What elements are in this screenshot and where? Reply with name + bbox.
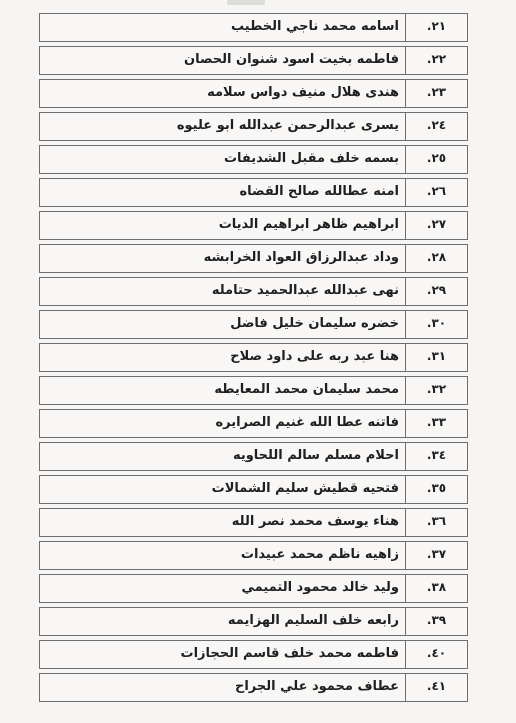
table-row: احلام مسلم سالم اللحاويه ٣٤. [39,442,468,471]
row-number: ٢٤. [405,113,467,140]
names-table: اسامه محمد ناجي الخطيب ٢١. فاطمه بخيت اس… [39,13,468,706]
row-number: ٤١. [405,674,467,701]
row-name: ابراهيم ظاهر ابراهيم الديات [40,212,405,239]
row-name: هندى هلال منيف دواس سلامه [40,80,405,107]
table-row: فاطمه محمد خلف قاسم الحجازات ٤٠. [39,640,468,669]
table-row: محمد سليمان محمد المعايطه ٣٢. [39,376,468,405]
row-number: ٢١. [405,14,467,41]
row-number: ٢٨. [405,245,467,272]
table-row: فتحيه قطيش سليم الشمالات ٣٥. [39,475,468,504]
row-name: يسرى عبدالرحمن عبدالله ابو عليوه [40,113,405,140]
row-name: بسمه خلف مقبل الشديفات [40,146,405,173]
row-name: امنه عطالله صالح القضاه [40,179,405,206]
row-number: ٢٩. [405,278,467,305]
table-row: هناء يوسف محمد نصر الله ٣٦. [39,508,468,537]
table-row: هندى هلال منيف دواس سلامه ٢٣. [39,79,468,108]
table-row: ابراهيم ظاهر ابراهيم الديات ٢٧. [39,211,468,240]
table-row: اسامه محمد ناجي الخطيب ٢١. [39,13,468,42]
table-row: رابعه خلف السليم الهزايمه ٣٩. [39,607,468,636]
row-name: رابعه خلف السليم الهزايمه [40,608,405,635]
row-number: ٣١. [405,344,467,371]
row-name: هنا عبد ربه على داود صلاح [40,344,405,371]
table-row: بسمه خلف مقبل الشديفات ٢٥. [39,145,468,174]
row-number: ٣٠. [405,311,467,338]
row-number: ٣٥. [405,476,467,503]
row-name: محمد سليمان محمد المعايطه [40,377,405,404]
row-name: فاطمه محمد خلف قاسم الحجازات [40,641,405,668]
table-row: وداد عبدالرزاق العواد الخرابشه ٢٨. [39,244,468,273]
row-number: ٤٠. [405,641,467,668]
row-name: فاطمه بخيت اسود شنوان الحصان [40,47,405,74]
row-number: ٢٥. [405,146,467,173]
row-name: وليد خالد محمود التميمي [40,575,405,602]
row-name: احلام مسلم سالم اللحاويه [40,443,405,470]
table-row: نهى عبدالله عبدالحميد حتامله ٢٩. [39,277,468,306]
row-number: ٣٨. [405,575,467,602]
table-row: وليد خالد محمود التميمي ٣٨. [39,574,468,603]
table-row: امنه عطالله صالح القضاه ٢٦. [39,178,468,207]
row-number: ٣٤. [405,443,467,470]
table-row: زاهيه ناظم محمد عبيدات ٣٧. [39,541,468,570]
scan-artifact-smudge [227,0,265,5]
row-number: ٣٢. [405,377,467,404]
table-row: هنا عبد ربه على داود صلاح ٣١. [39,343,468,372]
row-name: زاهيه ناظم محمد عبيدات [40,542,405,569]
table-row: فاطمه بخيت اسود شنوان الحصان ٢٢. [39,46,468,75]
row-number: ٢٢. [405,47,467,74]
row-number: ٣٧. [405,542,467,569]
row-name: اسامه محمد ناجي الخطيب [40,14,405,41]
row-name: خضره سليمان خليل فاضل [40,311,405,338]
table-row: يسرى عبدالرحمن عبدالله ابو عليوه ٢٤. [39,112,468,141]
row-name: هناء يوسف محمد نصر الله [40,509,405,536]
table-row: فاتنه عطا الله غنيم الصرايره ٣٣. [39,409,468,438]
row-name: عطاف محمود علي الجراح [40,674,405,701]
row-number: ٢٧. [405,212,467,239]
row-number: ٣٦. [405,509,467,536]
table-row: عطاف محمود علي الجراح ٤١. [39,673,468,702]
row-name: وداد عبدالرزاق العواد الخرابشه [40,245,405,272]
row-name: فاتنه عطا الله غنيم الصرايره [40,410,405,437]
row-number: ٢٣. [405,80,467,107]
row-number: ٣٩. [405,608,467,635]
row-name: فتحيه قطيش سليم الشمالات [40,476,405,503]
table-row: خضره سليمان خليل فاضل ٣٠. [39,310,468,339]
row-name: نهى عبدالله عبدالحميد حتامله [40,278,405,305]
row-number: ٣٣. [405,410,467,437]
row-number: ٢٦. [405,179,467,206]
